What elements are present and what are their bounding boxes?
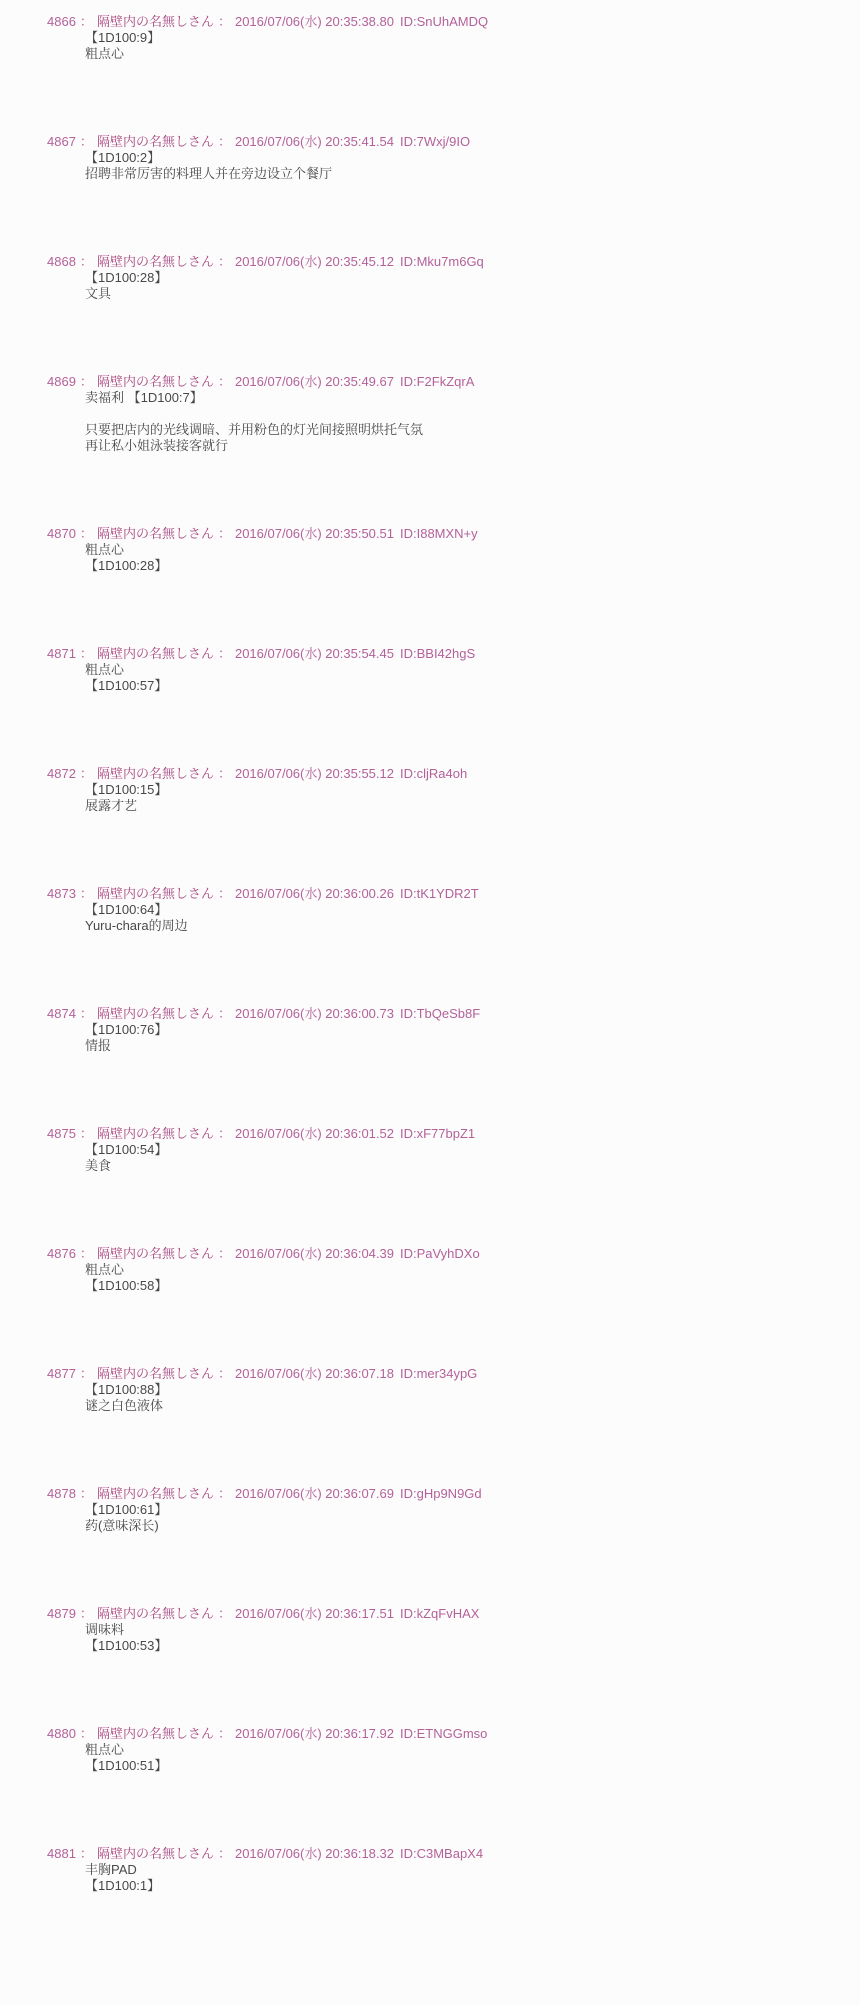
post-id: ID:gHp9N9Gd bbox=[400, 1486, 482, 1501]
post-line: 粗点心 bbox=[85, 662, 844, 678]
thread-post: 4870：隔壁内の名無しさん：2016/07/06(水) 20:35:50.51… bbox=[47, 526, 844, 574]
post-body: 调味料【1D100:53】 bbox=[47, 1622, 844, 1654]
post-header: 4875：隔壁内の名無しさん：2016/07/06(水) 20:36:01.52… bbox=[47, 1126, 844, 1142]
post-body: 【1D100:54】美食 bbox=[47, 1142, 844, 1174]
post-number: 4871 bbox=[47, 646, 76, 661]
post-number: 4866 bbox=[47, 14, 76, 29]
post-id: ID:cljRa4oh bbox=[400, 766, 467, 781]
header-separator: ： bbox=[80, 1606, 93, 1621]
post-line: 【1D100:76】 bbox=[85, 1022, 844, 1038]
header-separator: ： bbox=[80, 766, 93, 781]
post-body: 【1D100:9】粗点心 bbox=[47, 30, 844, 62]
post-line: 粗点心 bbox=[85, 1262, 844, 1278]
post-line: 【1D100:2】 bbox=[85, 150, 844, 166]
post-author: 隔壁内の名無しさん bbox=[97, 1606, 214, 1621]
header-separator: ： bbox=[218, 134, 231, 149]
post-body: 粗点心【1D100:28】 bbox=[47, 542, 844, 574]
post-id: ID:F2FkZqrA bbox=[400, 374, 474, 389]
post-line: 【1D100:9】 bbox=[85, 30, 844, 46]
header-separator: ： bbox=[80, 526, 93, 541]
post-number: 4881 bbox=[47, 1846, 76, 1861]
post-header: 4869：隔壁内の名無しさん：2016/07/06(水) 20:35:49.67… bbox=[47, 374, 844, 390]
thread-post: 4877：隔壁内の名無しさん：2016/07/06(水) 20:36:07.18… bbox=[47, 1366, 844, 1414]
post-author: 隔壁内の名無しさん bbox=[97, 1846, 214, 1861]
post-id: ID:xF77bpZ1 bbox=[400, 1126, 475, 1141]
post-header: 4866：隔壁内の名無しさん：2016/07/06(水) 20:35:38.80… bbox=[47, 14, 844, 30]
post-line: 文具 bbox=[85, 286, 844, 302]
post-number: 4876 bbox=[47, 1246, 76, 1261]
post-datetime: 2016/07/06(水) 20:36:01.52 bbox=[235, 1126, 394, 1141]
post-line: 【1D100:64】 bbox=[85, 902, 844, 918]
header-separator: ： bbox=[80, 254, 93, 269]
post-id: ID:I88MXN+y bbox=[400, 526, 478, 541]
header-separator: ： bbox=[218, 374, 231, 389]
post-number: 4868 bbox=[47, 254, 76, 269]
post-header: 4880：隔壁内の名無しさん：2016/07/06(水) 20:36:17.92… bbox=[47, 1726, 844, 1742]
post-line: 调味料 bbox=[85, 1622, 844, 1638]
thread-post: 4871：隔壁内の名無しさん：2016/07/06(水) 20:35:54.45… bbox=[47, 646, 844, 694]
post-header: 4870：隔壁内の名無しさん：2016/07/06(水) 20:35:50.51… bbox=[47, 526, 844, 542]
post-header: 4871：隔壁内の名無しさん：2016/07/06(水) 20:35:54.45… bbox=[47, 646, 844, 662]
post-body: 【1D100:64】Yuru-chara的周边 bbox=[47, 902, 844, 934]
header-separator: ： bbox=[218, 254, 231, 269]
post-body: 粗点心【1D100:58】 bbox=[47, 1262, 844, 1294]
post-id: ID:PaVyhDXo bbox=[400, 1246, 480, 1261]
post-datetime: 2016/07/06(水) 20:35:55.12 bbox=[235, 766, 394, 781]
header-separator: ： bbox=[80, 1006, 93, 1021]
post-line: 【1D100:28】 bbox=[85, 558, 844, 574]
post-author: 隔壁内の名無しさん bbox=[97, 134, 214, 149]
header-separator: ： bbox=[218, 1126, 231, 1141]
thread-post: 4866：隔壁内の名無しさん：2016/07/06(水) 20:35:38.80… bbox=[47, 14, 844, 62]
header-separator: ： bbox=[80, 1126, 93, 1141]
post-author: 隔壁内の名無しさん bbox=[97, 1486, 214, 1501]
post-line: 【1D100:53】 bbox=[85, 1638, 844, 1654]
header-separator: ： bbox=[80, 1726, 93, 1741]
post-body: 【1D100:15】展露才艺 bbox=[47, 782, 844, 814]
header-separator: ： bbox=[218, 1726, 231, 1741]
header-separator: ： bbox=[218, 766, 231, 781]
post-id: ID:BBI42hgS bbox=[400, 646, 475, 661]
thread-post: 4869：隔壁内の名無しさん：2016/07/06(水) 20:35:49.67… bbox=[47, 374, 844, 454]
post-datetime: 2016/07/06(水) 20:36:00.73 bbox=[235, 1006, 394, 1021]
post-datetime: 2016/07/06(水) 20:35:45.12 bbox=[235, 254, 394, 269]
post-line: 谜之白色液体 bbox=[85, 1398, 844, 1414]
header-separator: ： bbox=[80, 1486, 93, 1501]
header-separator: ： bbox=[218, 1006, 231, 1021]
post-header: 4868：隔壁内の名無しさん：2016/07/06(水) 20:35:45.12… bbox=[47, 254, 844, 270]
header-separator: ： bbox=[218, 1486, 231, 1501]
post-line: 【1D100:54】 bbox=[85, 1142, 844, 1158]
post-datetime: 2016/07/06(水) 20:35:50.51 bbox=[235, 526, 394, 541]
post-number: 4867 bbox=[47, 134, 76, 149]
post-id: ID:TbQeSb8F bbox=[400, 1006, 480, 1021]
post-number: 4873 bbox=[47, 886, 76, 901]
post-line: Yuru-chara的周边 bbox=[85, 918, 844, 934]
post-line: 只要把店内的光线调暗、并用粉色的灯光间接照明烘托气氛 bbox=[85, 422, 844, 438]
post-line: 粗点心 bbox=[85, 1742, 844, 1758]
post-datetime: 2016/07/06(水) 20:36:07.69 bbox=[235, 1486, 394, 1501]
post-author: 隔壁内の名無しさん bbox=[97, 766, 214, 781]
post-line: 粗点心 bbox=[85, 542, 844, 558]
post-datetime: 2016/07/06(水) 20:35:49.67 bbox=[235, 374, 394, 389]
header-separator: ： bbox=[218, 646, 231, 661]
post-header: 4878：隔壁内の名無しさん：2016/07/06(水) 20:36:07.69… bbox=[47, 1486, 844, 1502]
header-separator: ： bbox=[218, 1246, 231, 1261]
post-line: 丰胸PAD bbox=[85, 1862, 844, 1878]
post-datetime: 2016/07/06(水) 20:36:18.32 bbox=[235, 1846, 394, 1861]
post-datetime: 2016/07/06(水) 20:36:17.51 bbox=[235, 1606, 394, 1621]
post-number: 4878 bbox=[47, 1486, 76, 1501]
post-line: 【1D100:1】 bbox=[85, 1878, 844, 1894]
thread-post-list: 4866：隔壁内の名無しさん：2016/07/06(水) 20:35:38.80… bbox=[0, 0, 860, 2006]
post-line: 再让私小姐泳装接客就行 bbox=[85, 438, 844, 454]
post-author: 隔壁内の名無しさん bbox=[97, 1246, 214, 1261]
thread-post: 4881：隔壁内の名無しさん：2016/07/06(水) 20:36:18.32… bbox=[47, 1846, 844, 1894]
post-author: 隔壁内の名無しさん bbox=[97, 646, 214, 661]
thread-post: 4868：隔壁内の名無しさん：2016/07/06(水) 20:35:45.12… bbox=[47, 254, 844, 302]
post-datetime: 2016/07/06(水) 20:35:38.80 bbox=[235, 14, 394, 29]
thread-post: 4873：隔壁内の名無しさん：2016/07/06(水) 20:36:00.26… bbox=[47, 886, 844, 934]
post-body: 【1D100:28】文具 bbox=[47, 270, 844, 302]
post-body: 粗点心【1D100:51】 bbox=[47, 1742, 844, 1774]
post-id: ID:7Wxj/9IO bbox=[400, 134, 470, 149]
header-separator: ： bbox=[218, 886, 231, 901]
post-author: 隔壁内の名無しさん bbox=[97, 374, 214, 389]
post-author: 隔壁内の名無しさん bbox=[97, 526, 214, 541]
post-line: 【1D100:88】 bbox=[85, 1382, 844, 1398]
post-id: ID:SnUhAMDQ bbox=[400, 14, 488, 29]
post-line: 【1D100:28】 bbox=[85, 270, 844, 286]
post-header: 4867：隔壁内の名無しさん：2016/07/06(水) 20:35:41.54… bbox=[47, 134, 844, 150]
post-line: 药(意味深长) bbox=[85, 1518, 844, 1534]
header-separator: ： bbox=[218, 1606, 231, 1621]
post-id: ID:mer34ypG bbox=[400, 1366, 477, 1381]
header-separator: ： bbox=[80, 646, 93, 661]
post-body: 【1D100:61】药(意味深长) bbox=[47, 1502, 844, 1534]
post-datetime: 2016/07/06(水) 20:36:00.26 bbox=[235, 886, 394, 901]
post-line: 招聘非常厉害的料理人并在旁边设立个餐厅 bbox=[85, 166, 844, 182]
post-number: 4870 bbox=[47, 526, 76, 541]
post-line: 美食 bbox=[85, 1158, 844, 1174]
post-line: 【1D100:15】 bbox=[85, 782, 844, 798]
header-separator: ： bbox=[80, 1246, 93, 1261]
post-line: 【1D100:57】 bbox=[85, 678, 844, 694]
post-number: 4869 bbox=[47, 374, 76, 389]
post-author: 隔壁内の名無しさん bbox=[97, 1726, 214, 1741]
header-separator: ： bbox=[218, 526, 231, 541]
post-body: 粗点心【1D100:57】 bbox=[47, 662, 844, 694]
post-id: ID:C3MBapX4 bbox=[400, 1846, 483, 1861]
post-number: 4880 bbox=[47, 1726, 76, 1741]
post-line: 情报 bbox=[85, 1038, 844, 1054]
post-header: 4873：隔壁内の名無しさん：2016/07/06(水) 20:36:00.26… bbox=[47, 886, 844, 902]
header-separator: ： bbox=[80, 14, 93, 29]
post-header: 4877：隔壁内の名無しさん：2016/07/06(水) 20:36:07.18… bbox=[47, 1366, 844, 1382]
post-header: 4876：隔壁内の名無しさん：2016/07/06(水) 20:36:04.39… bbox=[47, 1246, 844, 1262]
post-line: 粗点心 bbox=[85, 46, 844, 62]
post-header: 4879：隔壁内の名無しさん：2016/07/06(水) 20:36:17.51… bbox=[47, 1606, 844, 1622]
post-line: 【1D100:58】 bbox=[85, 1278, 844, 1294]
header-separator: ： bbox=[80, 134, 93, 149]
post-line: 卖福利 【1D100:7】 bbox=[85, 390, 844, 406]
post-body: 卖福利 【1D100:7】只要把店内的光线调暗、并用粉色的灯光间接照明烘托气氛再… bbox=[47, 390, 844, 454]
post-body: 丰胸PAD【1D100:1】 bbox=[47, 1862, 844, 1894]
post-datetime: 2016/07/06(水) 20:35:41.54 bbox=[235, 134, 394, 149]
post-datetime: 2016/07/06(水) 20:36:04.39 bbox=[235, 1246, 394, 1261]
post-id: ID:tK1YDR2T bbox=[400, 886, 479, 901]
post-datetime: 2016/07/06(水) 20:36:07.18 bbox=[235, 1366, 394, 1381]
post-author: 隔壁内の名無しさん bbox=[97, 1366, 214, 1381]
header-separator: ： bbox=[80, 1846, 93, 1861]
post-author: 隔壁内の名無しさん bbox=[97, 1006, 214, 1021]
post-header: 4881：隔壁内の名無しさん：2016/07/06(水) 20:36:18.32… bbox=[47, 1846, 844, 1862]
post-body: 【1D100:88】谜之白色液体 bbox=[47, 1382, 844, 1414]
post-body: 【1D100:76】情报 bbox=[47, 1022, 844, 1054]
header-separator: ： bbox=[218, 1846, 231, 1861]
post-datetime: 2016/07/06(水) 20:36:17.92 bbox=[235, 1726, 394, 1741]
header-separator: ： bbox=[80, 1366, 93, 1381]
post-number: 4875 bbox=[47, 1126, 76, 1141]
post-line: 【1D100:51】 bbox=[85, 1758, 844, 1774]
post-author: 隔壁内の名無しさん bbox=[97, 254, 214, 269]
post-header: 4872：隔壁内の名無しさん：2016/07/06(水) 20:35:55.12… bbox=[47, 766, 844, 782]
post-id: ID:Mku7m6Gq bbox=[400, 254, 484, 269]
post-line: 展露才艺 bbox=[85, 798, 844, 814]
post-body: 【1D100:2】招聘非常厉害的料理人并在旁边设立个餐厅 bbox=[47, 150, 844, 182]
header-separator: ： bbox=[218, 14, 231, 29]
thread-post: 4878：隔壁内の名無しさん：2016/07/06(水) 20:36:07.69… bbox=[47, 1486, 844, 1534]
post-number: 4872 bbox=[47, 766, 76, 781]
post-number: 4874 bbox=[47, 1006, 76, 1021]
thread-post: 4876：隔壁内の名無しさん：2016/07/06(水) 20:36:04.39… bbox=[47, 1246, 844, 1294]
post-number: 4877 bbox=[47, 1366, 76, 1381]
post-datetime: 2016/07/06(水) 20:35:54.45 bbox=[235, 646, 394, 661]
header-separator: ： bbox=[218, 1366, 231, 1381]
thread-post: 4879：隔壁内の名無しさん：2016/07/06(水) 20:36:17.51… bbox=[47, 1606, 844, 1654]
header-separator: ： bbox=[80, 374, 93, 389]
post-line: 【1D100:61】 bbox=[85, 1502, 844, 1518]
post-id: ID:kZqFvHAX bbox=[400, 1606, 479, 1621]
thread-post: 4872：隔壁内の名無しさん：2016/07/06(水) 20:35:55.12… bbox=[47, 766, 844, 814]
post-number: 4879 bbox=[47, 1606, 76, 1621]
post-line bbox=[85, 406, 844, 422]
thread-post: 4880：隔壁内の名無しさん：2016/07/06(水) 20:36:17.92… bbox=[47, 1726, 844, 1774]
thread-post: 4875：隔壁内の名無しさん：2016/07/06(水) 20:36:01.52… bbox=[47, 1126, 844, 1174]
header-separator: ： bbox=[80, 886, 93, 901]
post-author: 隔壁内の名無しさん bbox=[97, 886, 214, 901]
post-header: 4874：隔壁内の名無しさん：2016/07/06(水) 20:36:00.73… bbox=[47, 1006, 844, 1022]
post-author: 隔壁内の名無しさん bbox=[97, 14, 214, 29]
post-author: 隔壁内の名無しさん bbox=[97, 1126, 214, 1141]
thread-post: 4867：隔壁内の名無しさん：2016/07/06(水) 20:35:41.54… bbox=[47, 134, 844, 182]
thread-post: 4874：隔壁内の名無しさん：2016/07/06(水) 20:36:00.73… bbox=[47, 1006, 844, 1054]
post-id: ID:ETNGGmso bbox=[400, 1726, 487, 1741]
